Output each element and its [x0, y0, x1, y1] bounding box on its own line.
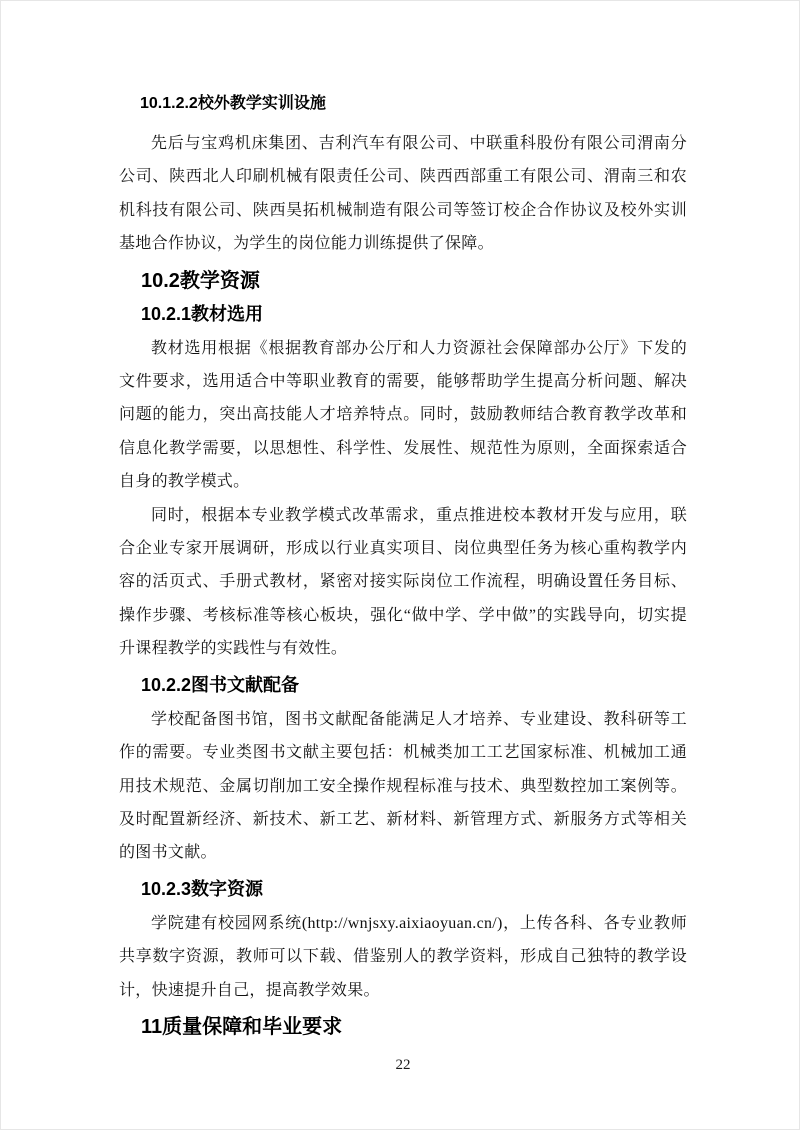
heading-10-2-teaching-resources: 10.2教学资源	[119, 267, 687, 295]
paragraph-school-enterprise-cooperation: 先后与宝鸡机床集团、吉利汽车有限公司、中联重科股份有限公司渭南分公司、陕西北人印…	[119, 127, 687, 261]
heading-10-2-3-digital-resources: 10.2.3数字资源	[119, 876, 687, 902]
heading-10-1-2-2-off-campus-training-facilities: 10.1.2.2校外教学实训设施	[119, 93, 687, 115]
paragraph-textbook-selection-requirements: 教材选用根据《根据教育部办公厅和人力资源社会保障部办公厅》下发的文件要求，选用适…	[119, 332, 687, 499]
paragraph-school-based-textbook-development: 同时，根据本专业教学模式改革需求，重点推进校本教材开发与应用，联合企业专家开展调…	[119, 499, 687, 666]
document-page: 10.1.2.2校外教学实训设施 先后与宝鸡机床集团、吉利汽车有限公司、中联重科…	[0, 0, 800, 1130]
heading-11-quality-assurance-graduation-requirements: 11质量保障和毕业要求	[119, 1013, 687, 1041]
page-number: 22	[119, 1055, 687, 1075]
heading-10-2-2-library-literature: 10.2.2图书文献配备	[119, 672, 687, 698]
heading-10-2-1-textbook-selection: 10.2.1教材选用	[119, 301, 687, 327]
paragraph-library-literature-provision: 学校配备图书馆，图书文献配备能满足人才培养、专业建设、教科研等工作的需要。专业类…	[119, 703, 687, 870]
paragraph-campus-network-digital-resources: 学院建有校园网系统(http://wnjsxy.aixiaoyuan.cn/)，…	[119, 907, 687, 1007]
